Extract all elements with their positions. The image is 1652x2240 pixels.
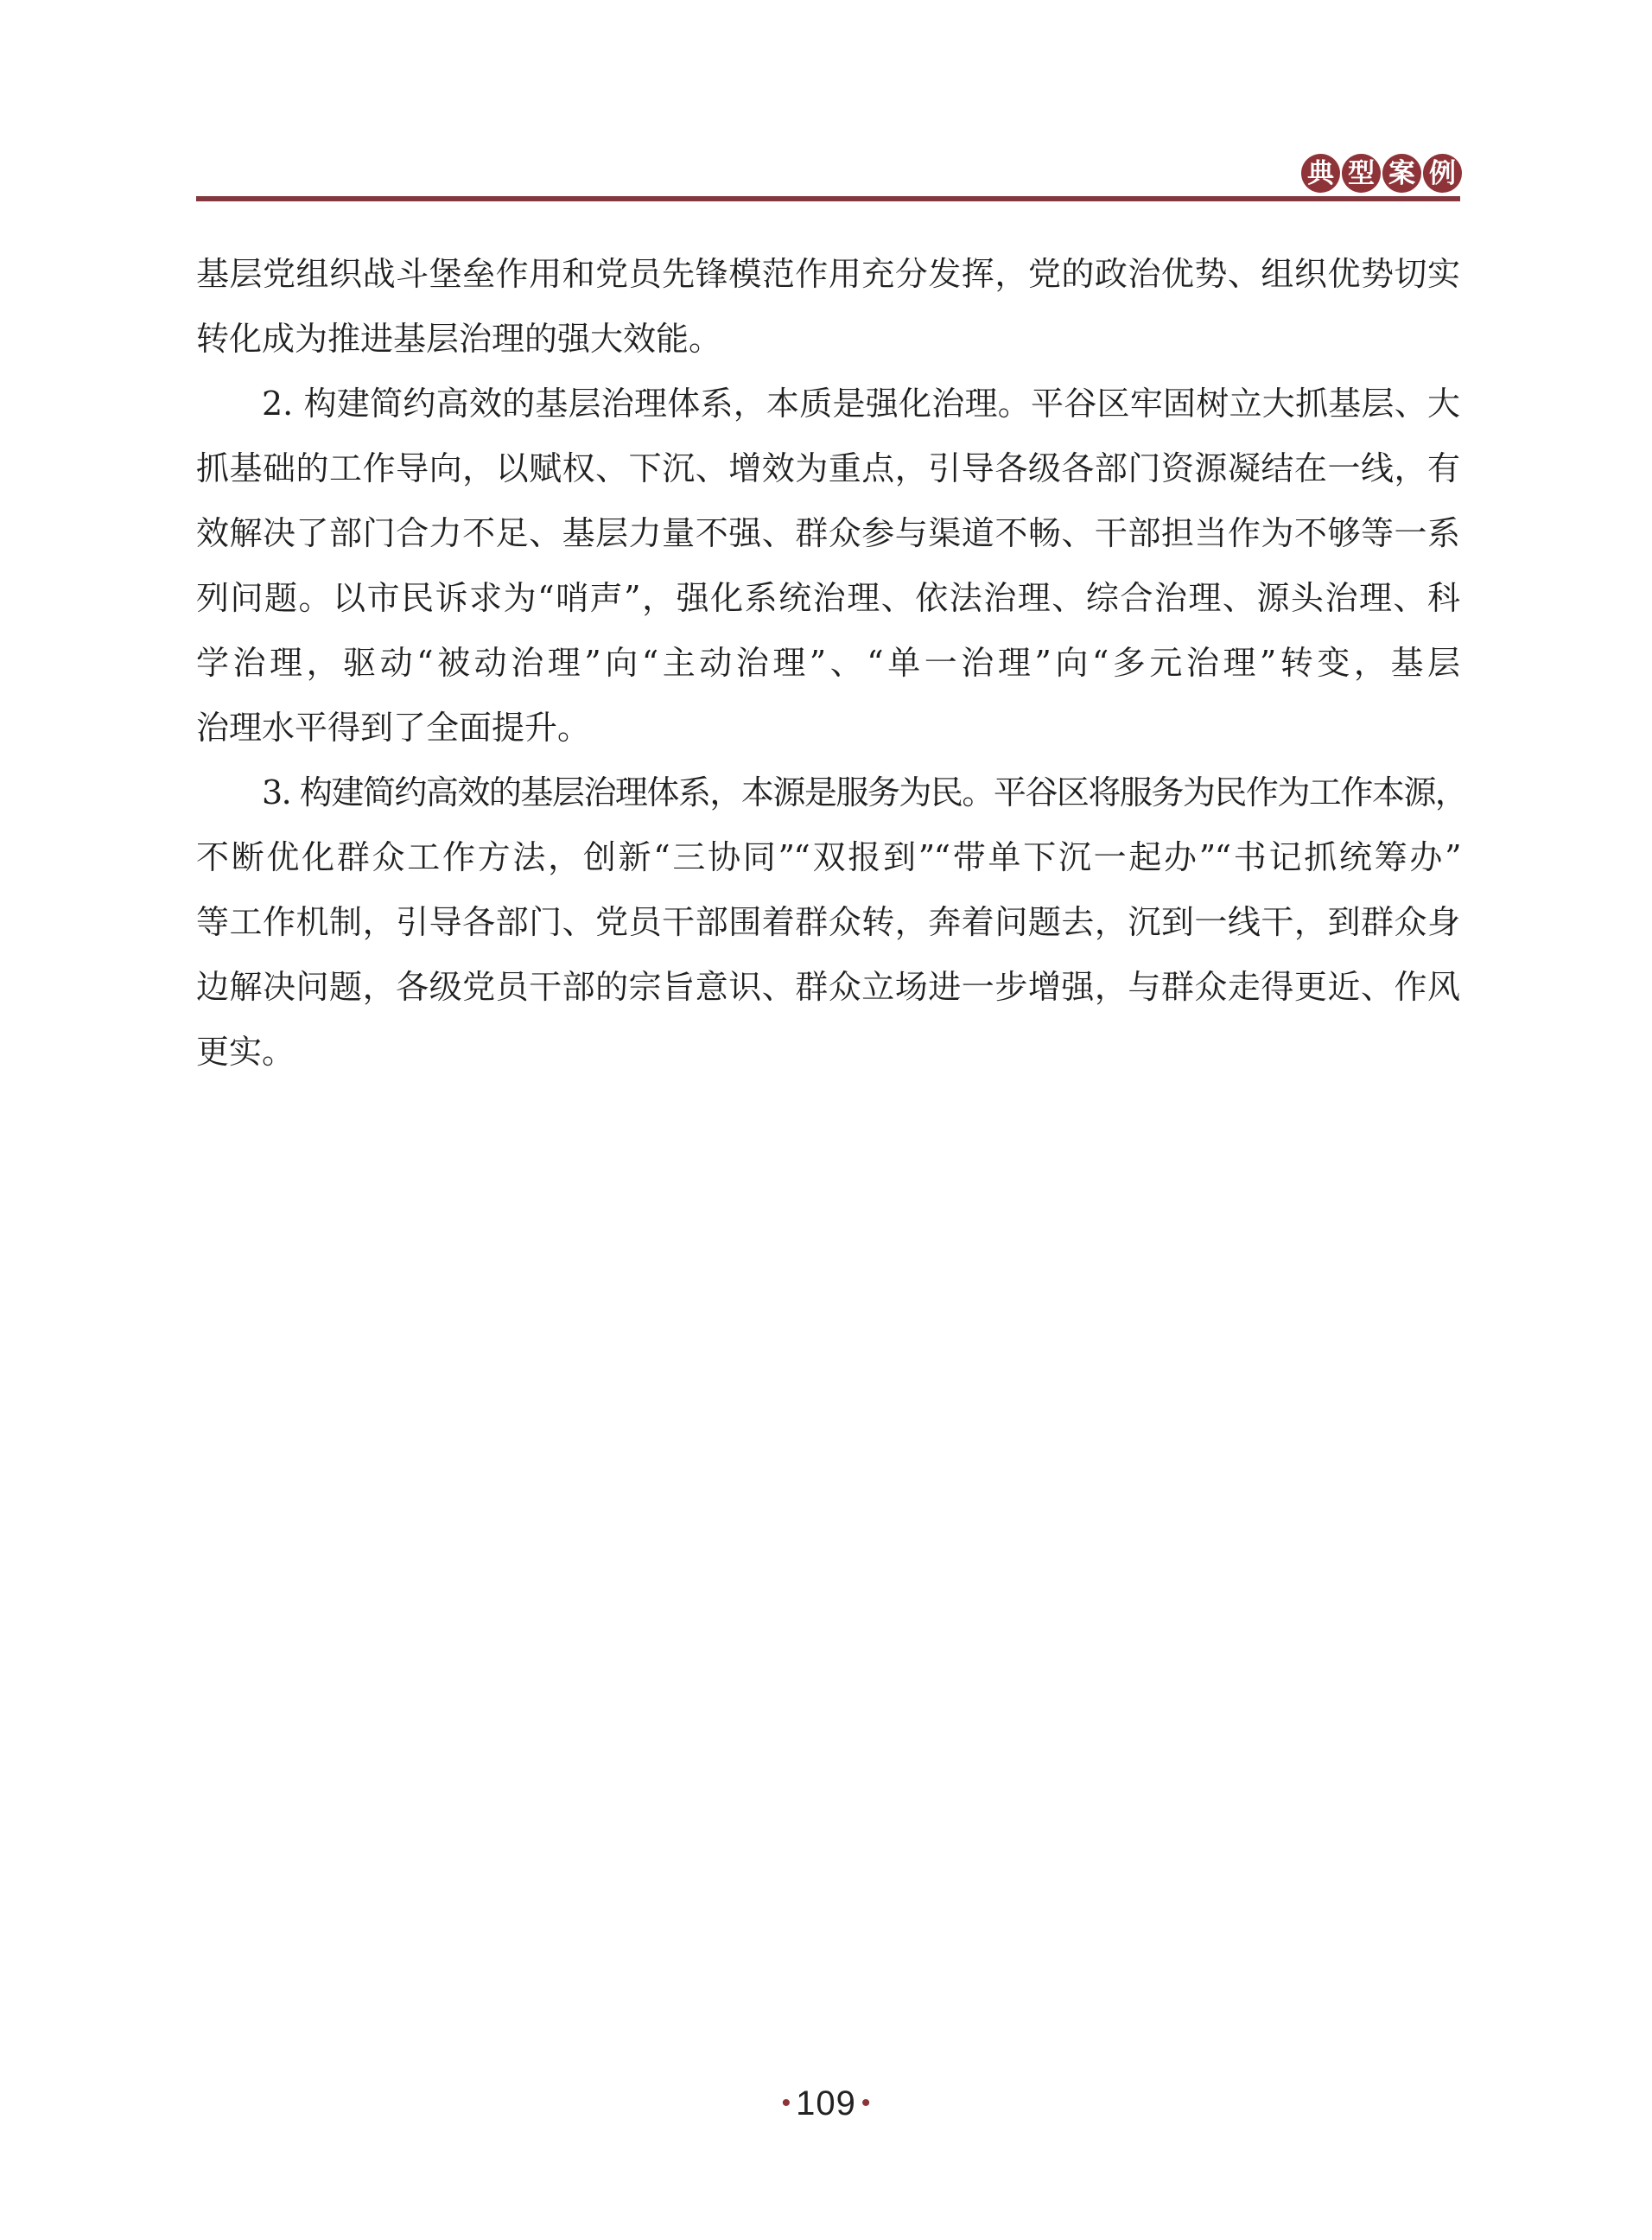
badge-char-icon: 型	[1342, 154, 1381, 193]
header-rule-divider	[196, 196, 1460, 201]
badge-char-icon: 案	[1382, 154, 1421, 193]
text-line: 不断优化群众工作方法，创新“三协同”“双报到”“带单下沉一起办”“书记抓统筹办”	[196, 825, 1460, 890]
text-line: 效解决了部门合力不足、基层力量不强、群众参与渠道不畅、干部担当作为不够等一系	[196, 501, 1460, 566]
text-line: 2. 构建简约高效的基层治理体系，本质是强化治理。平谷区牢固树立大抓基层、大	[196, 372, 1460, 436]
text-line: 3. 构建简约高效的基层治理体系，本源是服务为民。平谷区将服务为民作为工作本源，	[196, 760, 1460, 825]
text-line: 基层党组织战斗堡垒作用和党员先锋模范作用充分发挥，党的政治优势、组织优势切实	[196, 242, 1460, 307]
footer-dot-right-icon: •	[856, 2089, 876, 2117]
body-text-block: 基层党组织战斗堡垒作用和党员先锋模范作用充分发挥，党的政治优势、组织优势切实 转…	[196, 242, 1460, 1085]
text-line: 更实。	[196, 1020, 1460, 1085]
page-footer: •109•	[0, 2084, 1652, 2122]
footer-dot-left-icon: •	[777, 2089, 797, 2117]
badge-char-icon: 典	[1301, 154, 1340, 193]
text-line: 转化成为推进基层治理的强大效能。	[196, 307, 1460, 372]
text-line: 等工作机制，引导各部门、党员干部围着群众转，奔着问题去，沉到一线干，到群众身	[196, 890, 1460, 955]
text-line: 学治理，驱动“被动治理”向“主动治理”、“单一治理”向“多元治理”转变，基层	[196, 631, 1460, 696]
text-line: 边解决问题，各级党员干部的宗旨意识、群众立场进一步增强，与群众走得更近、作风	[196, 955, 1460, 1020]
badge-char-icon: 例	[1423, 154, 1462, 193]
text-line: 列问题。以市民诉求为“哨声”，强化系统治理、依法治理、综合治理、源头治理、科	[196, 566, 1460, 631]
page-number: 109	[796, 2084, 856, 2122]
header-section-badge: 典 型 案 例	[1303, 154, 1462, 194]
text-line: 抓基础的工作导向，以赋权、下沉、增效为重点，引导各级各部门资源凝结在一线，有	[196, 436, 1460, 501]
text-line: 治理水平得到了全面提升。	[196, 696, 1460, 760]
document-page: 典 型 案 例 基层党组织战斗堡垒作用和党员先锋模范作用充分发挥，党的政治优势、…	[0, 0, 1652, 2240]
